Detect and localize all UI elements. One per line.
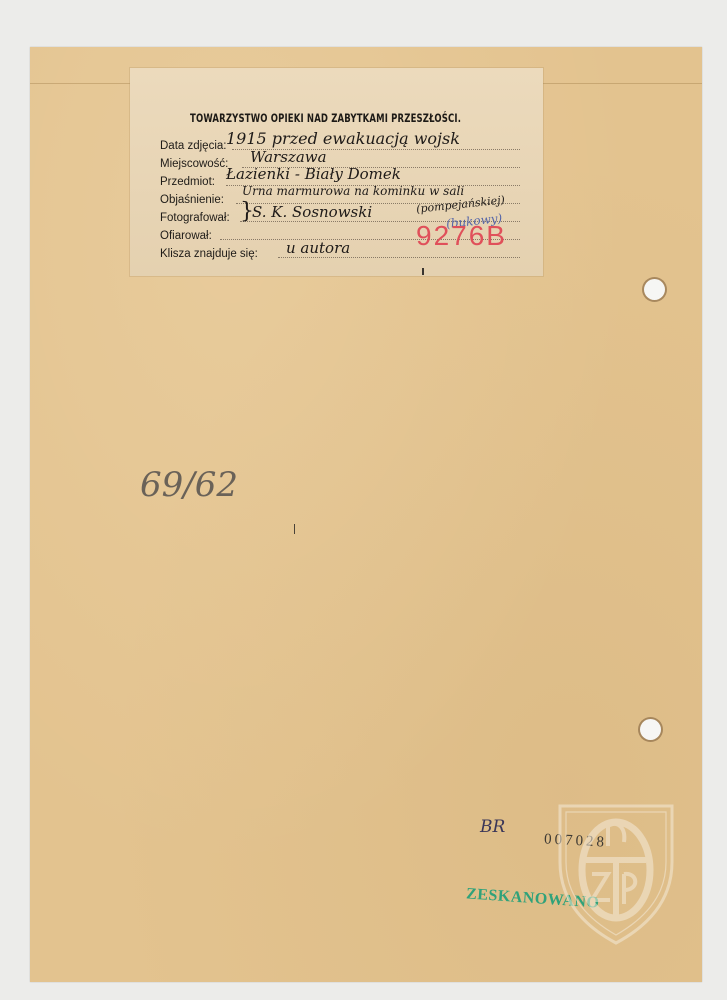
- pencil-mark: [294, 524, 295, 534]
- pencil-note: 69/62: [140, 465, 238, 505]
- otzp-watermark-icon: [556, 802, 676, 947]
- punch-hole-top: [644, 279, 665, 300]
- field-negative-label: Klisza znajduje się:: [160, 248, 258, 260]
- punch-hole-bottom: [640, 719, 661, 740]
- handwritten-description: Urna marmurowa na kominku w sali: [242, 184, 464, 198]
- ink-mark: [422, 268, 424, 275]
- field-donor-label: Ofiarował:: [160, 230, 212, 242]
- field-photographer-label: Fotografował:: [160, 212, 230, 224]
- handwritten-place: Warszawa: [250, 148, 327, 166]
- handwritten-photographer: S. K. Sosnowski: [252, 203, 372, 221]
- handwritten-subject: Łazienki - Biały Domek: [226, 165, 401, 183]
- label-title: TOWARZYSTWO OPIEKI NAD ZABYTKAMI PRZESZŁ…: [190, 111, 436, 125]
- dotted-line: [278, 257, 520, 258]
- field-subject-label: Przedmiot:: [160, 176, 215, 188]
- society-label: TOWARZYSTWO OPIEKI NAD ZABYTKAMI PRZESZŁ…: [130, 68, 543, 276]
- negative-number: 9276B: [416, 220, 507, 252]
- brace-mark: }: [240, 199, 254, 224]
- field-date-label: Data zdjęcia:: [160, 140, 226, 152]
- shelf-mark: BR: [480, 817, 505, 837]
- field-place-label: Miejscowość:: [160, 158, 228, 170]
- field-description-label: Objaśnienie:: [160, 194, 224, 206]
- handwritten-negative-location: u autora: [286, 239, 350, 257]
- handwritten-date: 1915 przed ewakuacją wojsk: [226, 129, 460, 148]
